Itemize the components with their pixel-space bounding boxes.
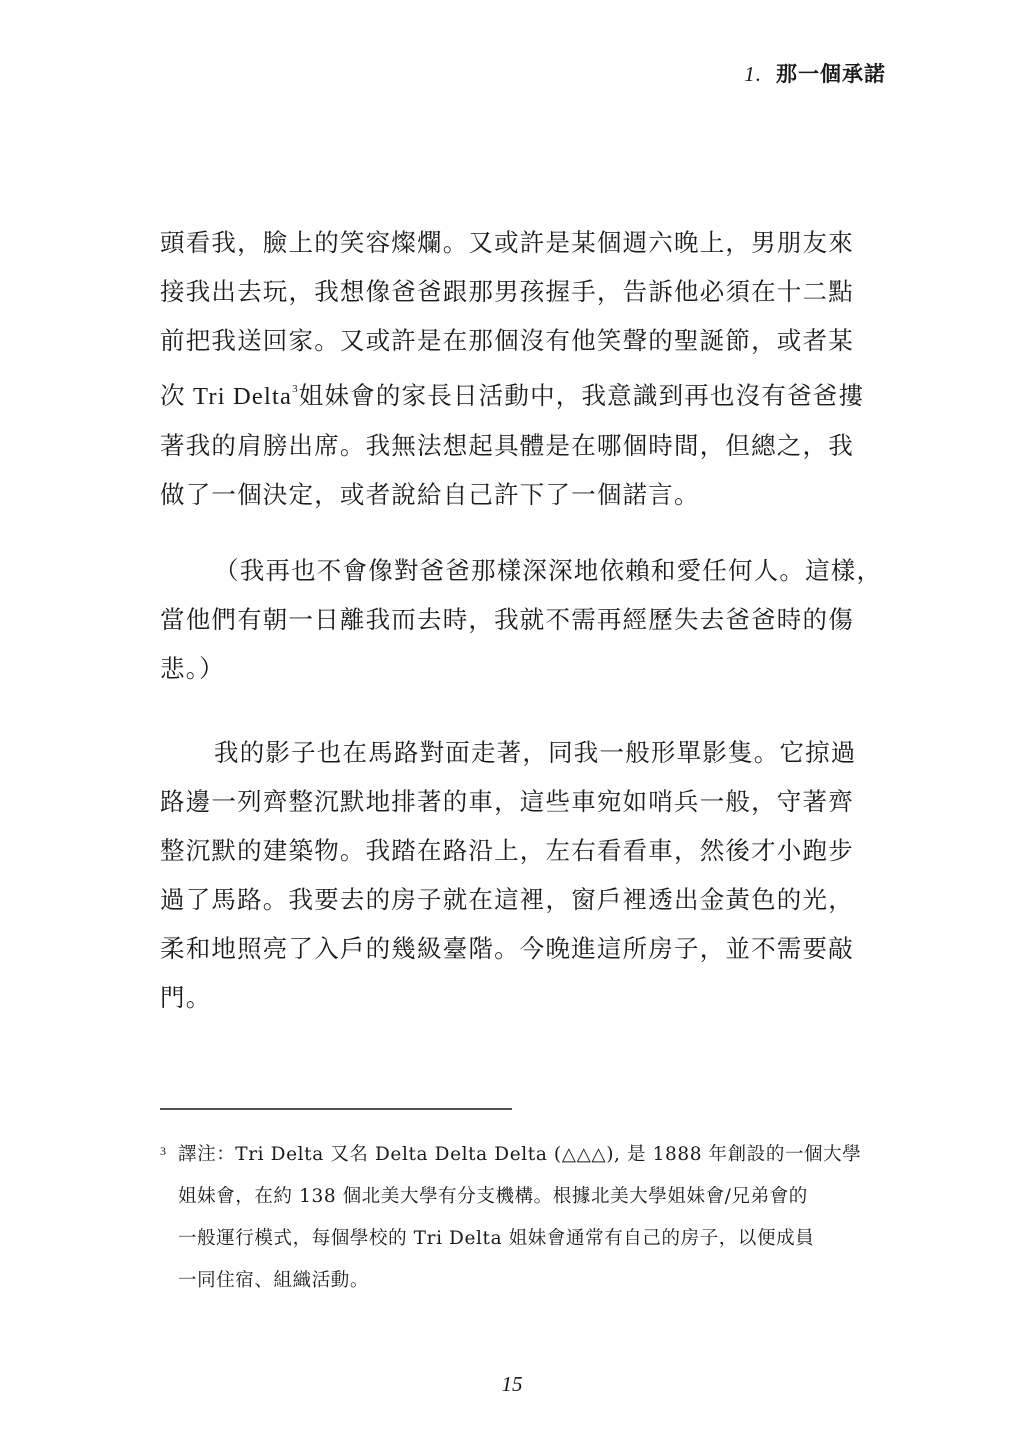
text-line: 門。 bbox=[160, 973, 888, 1022]
text-line: 當他們有朝一日離我而去時，我就不需再經歷失去爸爸時的傷 bbox=[160, 595, 888, 644]
text-line: 接我出去玩，我想像爸爸跟那男孩握手，告訴他必須在十二點 bbox=[160, 267, 888, 316]
text-line: 整沉默的建築物。我踏在路沿上，左右看看車，然後才小跑步 bbox=[160, 826, 888, 875]
text-line: （我再也不會像對爸爸那樣深深地依賴和愛任何人。這樣， bbox=[160, 546, 888, 595]
footnote-line: 姐妹會，在約 138 個北美大學有分支機構。根據北美大學姐妹會/兄弟會的 bbox=[160, 1176, 888, 1218]
page-number: 15 bbox=[0, 1372, 1024, 1397]
text-line: 著我的肩膀出席。我無法想起具體是在哪個時間，但總之，我 bbox=[160, 421, 888, 470]
footnote-line: 譯注：Tri Delta 又名 Delta Delta Delta (△△△),… bbox=[160, 1134, 888, 1176]
text-fragment: 姐妹會的家長日活動中，我意識到再也沒有爸爸摟 bbox=[299, 381, 864, 410]
text-line: 過了馬路。我要去的房子就在這裡，窗戶裡透出金黃色的光， bbox=[160, 875, 888, 924]
paragraph-1: 頭看我，臉上的笑容燦爛。又或許是某個週六晚上，男朋友來 接我出去玩，我想像爸爸跟… bbox=[160, 218, 888, 519]
footnote-line: 一同住宿、組織活動。 bbox=[160, 1260, 888, 1302]
footnote-marker: 3 bbox=[160, 1130, 167, 1172]
paragraph-2: （我再也不會像對爸爸那樣深深地依賴和愛任何人。這樣， 當他們有朝一日離我而去時，… bbox=[160, 546, 888, 693]
text-line: 前把我送回家。又或許是在那個沒有他笑聲的聖誕節，或者某 bbox=[160, 316, 888, 365]
chapter-title: 那一個承諾 bbox=[776, 62, 886, 86]
text-line: 悲。） bbox=[160, 644, 888, 693]
text-line: 我的影子也在馬路對面走著，同我一般形單影隻。它掠過 bbox=[160, 728, 888, 777]
chapter-number: 1. bbox=[744, 62, 762, 86]
footnote-line: 一般運行模式，每個學校的 Tri Delta 姐妹會通常有自己的房子，以便成員 bbox=[160, 1218, 888, 1260]
text-line-with-footnote: 次 Tri Delta3姐妹會的家長日活動中，我意識到再也沒有爸爸摟 bbox=[160, 365, 888, 421]
text-fragment: 次 Tri Delta bbox=[160, 383, 292, 410]
text-line: 頭看我，臉上的笑容燦爛。又或許是某個週六晚上，男朋友來 bbox=[160, 218, 888, 267]
text-line: 做了一個決定，或者說給自己許下了一個諾言。 bbox=[160, 470, 888, 519]
footnote-divider bbox=[160, 1108, 512, 1110]
footnote-reference[interactable]: 3 bbox=[292, 383, 299, 395]
footnote: 3 譯注：Tri Delta 又名 Delta Delta Delta (△△△… bbox=[160, 1134, 888, 1302]
text-line: 柔和地照亮了入戶的幾級臺階。今晚進這所房子，並不需要敲 bbox=[160, 924, 888, 973]
paragraph-3: 我的影子也在馬路對面走著，同我一般形單影隻。它掠過 路邊一列齊整沉默地排著的車，… bbox=[160, 728, 888, 1022]
text-line: 路邊一列齊整沉默地排著的車，這些車宛如哨兵一般，守著齊 bbox=[160, 777, 888, 826]
running-header: 1.那一個承諾 bbox=[744, 58, 886, 88]
